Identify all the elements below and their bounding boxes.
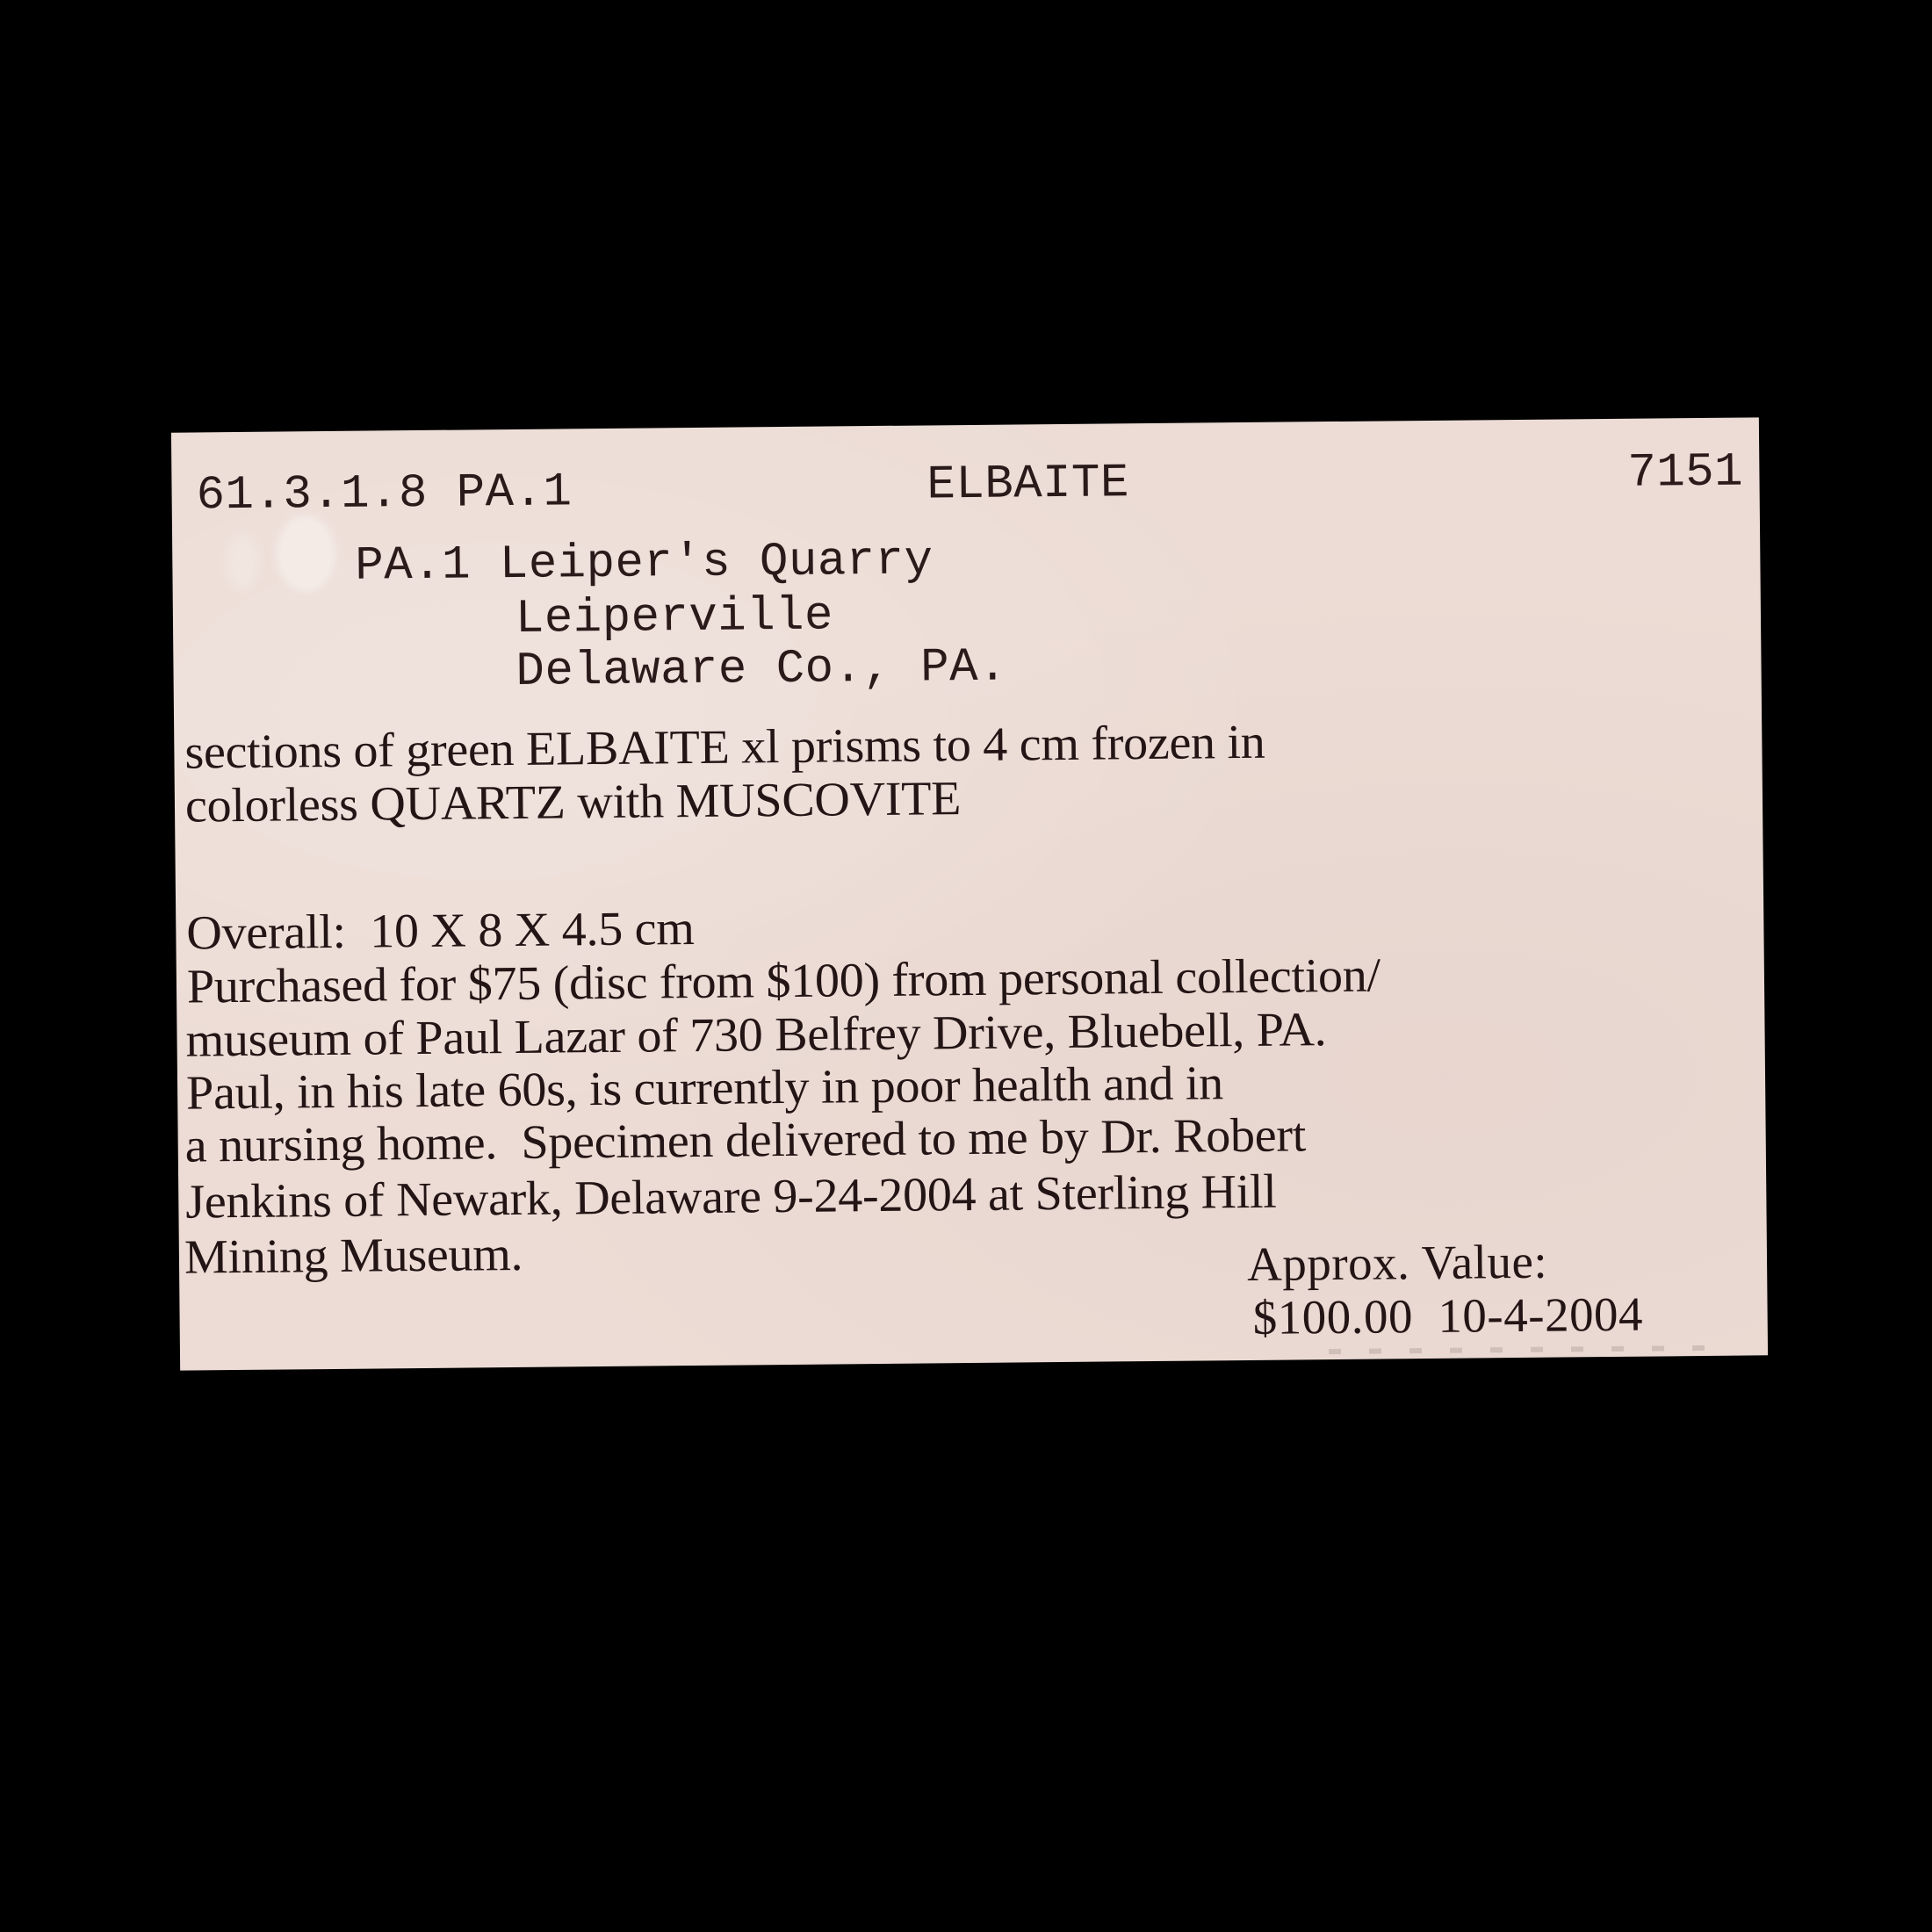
locality-line-3: Delaware Co., PA. — [515, 645, 1007, 696]
specimen-number: 7151 — [1627, 450, 1743, 498]
locality-line-2: Leiperville — [515, 593, 833, 643]
provenance-line: a nursing home. Specimen delivered to me… — [184, 1110, 1306, 1169]
mineral-name: ELBAITE — [926, 460, 1129, 509]
approx-value-amount-date: $100.00 10-4-2004 — [1252, 1290, 1643, 1342]
provenance-line: Mining Museum. — [184, 1229, 523, 1281]
locality-line-1: PA.1 Leiper's Quarry — [355, 537, 934, 590]
dimensions-line: Overall: 10 X 8 X 4.5 cm — [186, 904, 695, 957]
provenance-line: Paul, in his late 60s, is currently in p… — [186, 1058, 1223, 1116]
catalog-code: 61.3.1.8 PA.1 — [196, 469, 572, 520]
paper-smudge — [276, 515, 336, 593]
paper-smudge — [227, 536, 259, 588]
description-line-1: sections of green ELBAITE xl prisms to 4… — [184, 717, 1265, 776]
description-line-2: colorless QUARTZ with MUSCOVITE — [185, 774, 962, 829]
provenance-line: museum of Paul Lazar of 730 Belfrey Driv… — [185, 1005, 1326, 1063]
approx-value-label: Approx. Value: — [1247, 1237, 1548, 1288]
paper-edge-marks — [1329, 1345, 1733, 1354]
specimen-label-card: 61.3.1.8 PA.1 ELBAITE 7151 PA.1 Leiper's… — [171, 417, 1768, 1370]
provenance-line: Purchased for $75 (disc from $100) from … — [187, 951, 1381, 1011]
provenance-line: Jenkins of Newark, Delaware 9-24-2004 at… — [185, 1167, 1277, 1226]
